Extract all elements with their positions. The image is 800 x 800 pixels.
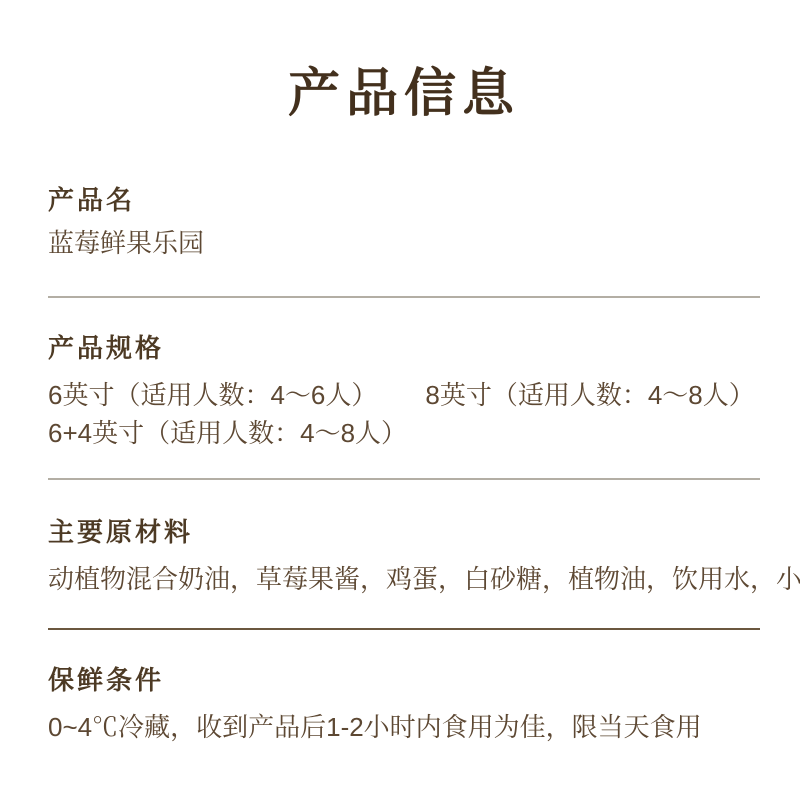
storage-condition-label: 保鲜条件 (48, 664, 760, 696)
product-spec-line-1: 6英寸（适用人数：4～6人）8英寸（适用人数：4～8人） (48, 376, 760, 414)
section-divider (48, 296, 760, 298)
spec-6plus4-inch: 6+4英寸（适用人数：4～8人） (48, 414, 760, 452)
product-info-page: 产品信息 产品名 蓝莓鲜果乐园 产品规格 6英寸（适用人数：4～6人）8英寸（适… (0, 0, 800, 800)
product-name-value: 蓝莓鲜果乐园 (48, 226, 760, 260)
product-spec-label: 产品规格 (48, 332, 760, 364)
section-main-ingredients: 主要原材料 动植物混合奶油，草莓果酱，鸡蛋，白砂糖，植物油，饮用水，小麦粉 (48, 516, 760, 598)
section-divider (48, 478, 760, 480)
main-ingredients-label: 主要原材料 (48, 516, 760, 548)
storage-condition-value: 0~4℃冷藏，收到产品后1-2小时内食用为佳，限当天食用 (48, 708, 760, 746)
spec-8-inch: 8英寸（适用人数：4～8人） (425, 376, 754, 414)
spec-6-inch: 6英寸（适用人数：4～6人） (48, 380, 377, 410)
main-ingredients-value: 动植物混合奶油，草莓果酱，鸡蛋，白砂糖，植物油，饮用水，小麦粉 (48, 560, 760, 598)
page-title: 产品信息 (48, 64, 760, 124)
product-name-label: 产品名 (48, 184, 760, 216)
section-storage-condition: 保鲜条件 0~4℃冷藏，收到产品后1-2小时内食用为佳，限当天食用 (48, 664, 760, 746)
section-product-name: 产品名 蓝莓鲜果乐园 (48, 184, 760, 260)
section-product-spec: 产品规格 6英寸（适用人数：4～6人）8英寸（适用人数：4～8人） 6+4英寸（… (48, 332, 760, 452)
section-divider-dark (48, 628, 760, 630)
